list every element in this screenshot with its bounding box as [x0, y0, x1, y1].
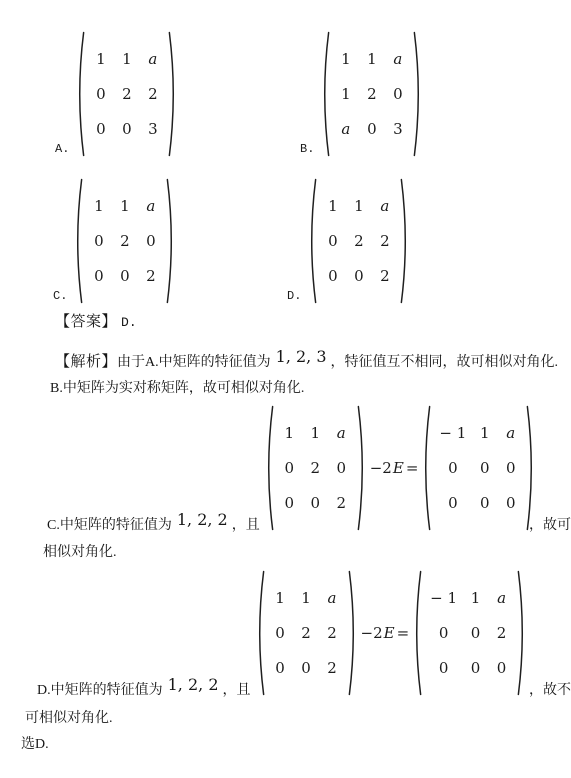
matrix-cell: 0	[282, 495, 297, 511]
matrix-cells: 1 1 a 0 2 2 0 0 3	[85, 30, 168, 158]
answer-tag: 【答案】	[55, 314, 117, 330]
option-c-matrix: 1 1 a 0 2 0 0 0 2	[72, 177, 177, 305]
matrix-cell: a	[390, 51, 405, 67]
left-paren-icon	[74, 30, 85, 158]
option-a-label: A.	[55, 142, 69, 156]
matrix-cell: 0	[494, 660, 509, 676]
matrix-cell: 1	[308, 425, 323, 441]
option-d-label: D.	[287, 289, 301, 303]
right-paren-icon	[168, 30, 179, 158]
option-b: B. 1 1 a 1 2 0 a 0 3	[300, 30, 424, 158]
matrix-cell: 0	[439, 495, 466, 511]
analysis-line-a: 【解析】由于A.中矩阵的特征值为1, 2, 3，特征值互不相同，故可相似对角化.	[55, 347, 558, 372]
matrix-cell: 1	[325, 198, 340, 214]
equals-sign: =	[406, 459, 419, 477]
analysis-line-c-wrap: 相似对角化.	[43, 543, 117, 562]
analysis-c-suffix: ，故可	[529, 516, 571, 535]
matrix-cell: 0	[119, 121, 134, 137]
right-paren-icon	[413, 30, 424, 158]
eigenvalues-c: 1, 2, 2	[177, 510, 228, 529]
matrix-cell: 1	[364, 51, 379, 67]
right-paren-icon	[526, 404, 537, 532]
matrix-cell: 0	[325, 268, 340, 284]
matrix-cells: − 1 1 a 0 0 0 0 0 0	[431, 404, 526, 532]
matrix-cell: 1	[117, 198, 132, 214]
matrix-cell: 2	[299, 625, 314, 641]
matrix-cell: 2	[325, 625, 340, 641]
matrix-cell: 1	[299, 590, 314, 606]
matrix-cell: 0	[390, 86, 405, 102]
matrix-cell: 0	[91, 268, 106, 284]
matrix-cell: a	[377, 198, 392, 214]
left-paren-icon	[319, 30, 330, 158]
matrix-cell: 0	[93, 86, 108, 102]
matrix-cell: 3	[390, 121, 405, 137]
matrix-cell: 2	[119, 86, 134, 102]
option-b-matrix: 1 1 a 1 2 0 a 0 3	[319, 30, 424, 158]
matrix-cell: 2	[143, 268, 158, 284]
analysis-line-c: C.中矩阵的特征值为1, 2, 2，且 1 1 a 0 2 0 0 0 2 −2…	[47, 404, 571, 532]
analysis-c-text: C.中矩阵的特征值为1, 2, 2，且	[47, 510, 260, 535]
matrix-cell: 2	[334, 495, 349, 511]
equation-c-rhs-matrix: − 1 1 a 0 0 0 0 0 0	[420, 404, 537, 532]
matrix-cells: − 1 1 a 0 0 2 0 0 0	[422, 569, 517, 697]
matrix-cell: 0	[430, 660, 457, 676]
matrix-cell: a	[494, 590, 509, 606]
right-paren-icon	[166, 177, 177, 305]
matrix-cell: 0	[325, 233, 340, 249]
matrix-cell: − 1	[430, 590, 457, 606]
matrix-cell: a	[338, 121, 353, 137]
operator-minus-2e: −2E=	[361, 624, 410, 642]
matrix-cell: 0	[282, 460, 297, 476]
matrix-cell: 0	[351, 268, 366, 284]
right-paren-icon	[400, 177, 411, 305]
matrix-cells: 1 1 a 0 2 2 0 0 2	[317, 177, 400, 305]
equation-d-rhs-matrix: − 1 1 a 0 0 2 0 0 0	[411, 569, 528, 697]
matrix-cell: 1	[282, 425, 297, 441]
eigenvalues-d: 1, 2, 2	[168, 675, 219, 694]
matrix-cell: 0	[439, 460, 466, 476]
option-d: D. 1 1 a 0 2 2 0 0 2	[287, 177, 411, 305]
matrix-cell: 0	[308, 495, 323, 511]
matrix-cell: 2	[377, 268, 392, 284]
matrix-cell: a	[503, 425, 518, 441]
analysis-d-suffix: ，故不	[529, 681, 571, 700]
equation-c-lhs-matrix: 1 1 a 0 2 0 0 0 2	[263, 404, 368, 532]
left-paren-icon	[263, 404, 274, 532]
answer-line: 【答案】D.	[55, 313, 137, 332]
analysis-a-suffix: ，特征值互不相同，故可相似对角化.	[331, 355, 559, 370]
matrix-cells: 1 1 a 0 2 0 0 0 2	[274, 404, 357, 532]
option-a: A. 1 1 a 0 2 2 0 0 3	[55, 30, 179, 158]
matrix-cell: 0	[93, 121, 108, 137]
matrix-cell: 1	[351, 198, 366, 214]
matrix-cell: a	[143, 198, 158, 214]
analysis-a-prefix: 由于A.中矩阵的特征值为	[117, 355, 271, 370]
analysis-d-prefix: D.中矩阵的特征值为	[37, 683, 163, 698]
option-c: C. 1 1 a 0 2 0 0 0 2	[53, 177, 177, 305]
matrix-cell: − 1	[439, 425, 466, 441]
matrix-cell: 0	[477, 495, 492, 511]
matrix-cell: a	[145, 51, 160, 67]
analysis-line-b: B.中矩阵为实对称矩阵，故可相似对角化.	[50, 379, 304, 398]
matrix-cell: 2	[494, 625, 509, 641]
matrix-cell: 0	[364, 121, 379, 137]
matrix-cell: 0	[334, 460, 349, 476]
matrix-cell: 0	[503, 460, 518, 476]
matrix-cell: 0	[477, 460, 492, 476]
matrix-cell: 1	[119, 51, 134, 67]
matrix-cell: 1	[338, 86, 353, 102]
matrix-cell: a	[334, 425, 349, 441]
left-paren-icon	[420, 404, 431, 532]
analysis-c-prefix: C.中矩阵的特征值为	[47, 518, 172, 533]
matrix-cell: 0	[91, 233, 106, 249]
matrix-cell: 0	[503, 495, 518, 511]
matrix-cell: 1	[93, 51, 108, 67]
option-a-matrix: 1 1 a 0 2 2 0 0 3	[74, 30, 179, 158]
matrix-cell: 1	[468, 590, 483, 606]
identity-matrix-symbol: E	[393, 459, 404, 477]
analysis-d-conj: ，且	[223, 683, 251, 698]
analysis-line-d: D.中矩阵的特征值为1, 2, 2，且 1 1 a 0 2 2 0 0 2 −2…	[37, 569, 571, 697]
eigenvalues-a: 1, 2, 3	[276, 347, 327, 366]
matrix-cell: 2	[351, 233, 366, 249]
equals-sign: =	[397, 624, 410, 642]
matrix-cell: 0	[430, 625, 457, 641]
analysis-d-text: D.中矩阵的特征值为1, 2, 2，且	[37, 675, 251, 700]
conclusion-line: 选D.	[21, 735, 49, 754]
identity-matrix-symbol: E	[384, 624, 395, 642]
operator-minus-2e: −2E=	[370, 459, 419, 477]
matrix-equation-d: 1 1 a 0 2 2 0 0 2 −2E= − 1 1 a	[254, 569, 526, 697]
matrix-cell: 2	[377, 233, 392, 249]
matrix-cell: 1	[338, 51, 353, 67]
operator-minus-2: −2	[370, 459, 392, 477]
answer-value: D.	[121, 315, 137, 330]
matrix-cell: 1	[273, 590, 288, 606]
matrix-cell: 0	[273, 660, 288, 676]
matrix-cells: 1 1 a 0 2 0 0 0 2	[83, 177, 166, 305]
matrix-cell: 3	[145, 121, 160, 137]
option-b-label: B.	[300, 142, 314, 156]
matrix-cell: 2	[325, 660, 340, 676]
left-paren-icon	[254, 569, 265, 697]
matrix-cells: 1 1 a 1 2 0 a 0 3	[330, 30, 413, 158]
option-d-matrix: 1 1 a 0 2 2 0 0 2	[306, 177, 411, 305]
analysis-line-d-wrap: 可相似对角化.	[25, 709, 113, 728]
right-paren-icon	[357, 404, 368, 532]
matrix-cell: 1	[91, 198, 106, 214]
matrix-cells: 1 1 a 0 2 2 0 0 2	[265, 569, 348, 697]
right-paren-icon	[517, 569, 528, 697]
right-paren-icon	[348, 569, 359, 697]
left-paren-icon	[72, 177, 83, 305]
matrix-cell: 2	[117, 233, 132, 249]
matrix-cell: 1	[477, 425, 492, 441]
left-paren-icon	[411, 569, 422, 697]
matrix-cell: 0	[143, 233, 158, 249]
matrix-cell: a	[325, 590, 340, 606]
matrix-cell: 2	[308, 460, 323, 476]
operator-minus-2: −2	[361, 624, 383, 642]
option-c-label: C.	[53, 289, 67, 303]
matrix-cell: 0	[117, 268, 132, 284]
left-paren-icon	[306, 177, 317, 305]
matrix-cell: 0	[299, 660, 314, 676]
matrix-cell: 2	[364, 86, 379, 102]
matrix-cell: 0	[468, 660, 483, 676]
matrix-cell: 2	[145, 86, 160, 102]
analysis-c-conj: ，且	[232, 518, 260, 533]
matrix-cell: 0	[468, 625, 483, 641]
analysis-tag: 【解析】	[55, 354, 117, 370]
matrix-equation-c: 1 1 a 0 2 0 0 0 2 −2E= − 1 1 a	[263, 404, 526, 532]
equation-d-lhs-matrix: 1 1 a 0 2 2 0 0 2	[254, 569, 359, 697]
matrix-cell: 0	[273, 625, 288, 641]
document-page: A. 1 1 a 0 2 2 0 0 3 B. 1 1 a	[0, 0, 571, 778]
